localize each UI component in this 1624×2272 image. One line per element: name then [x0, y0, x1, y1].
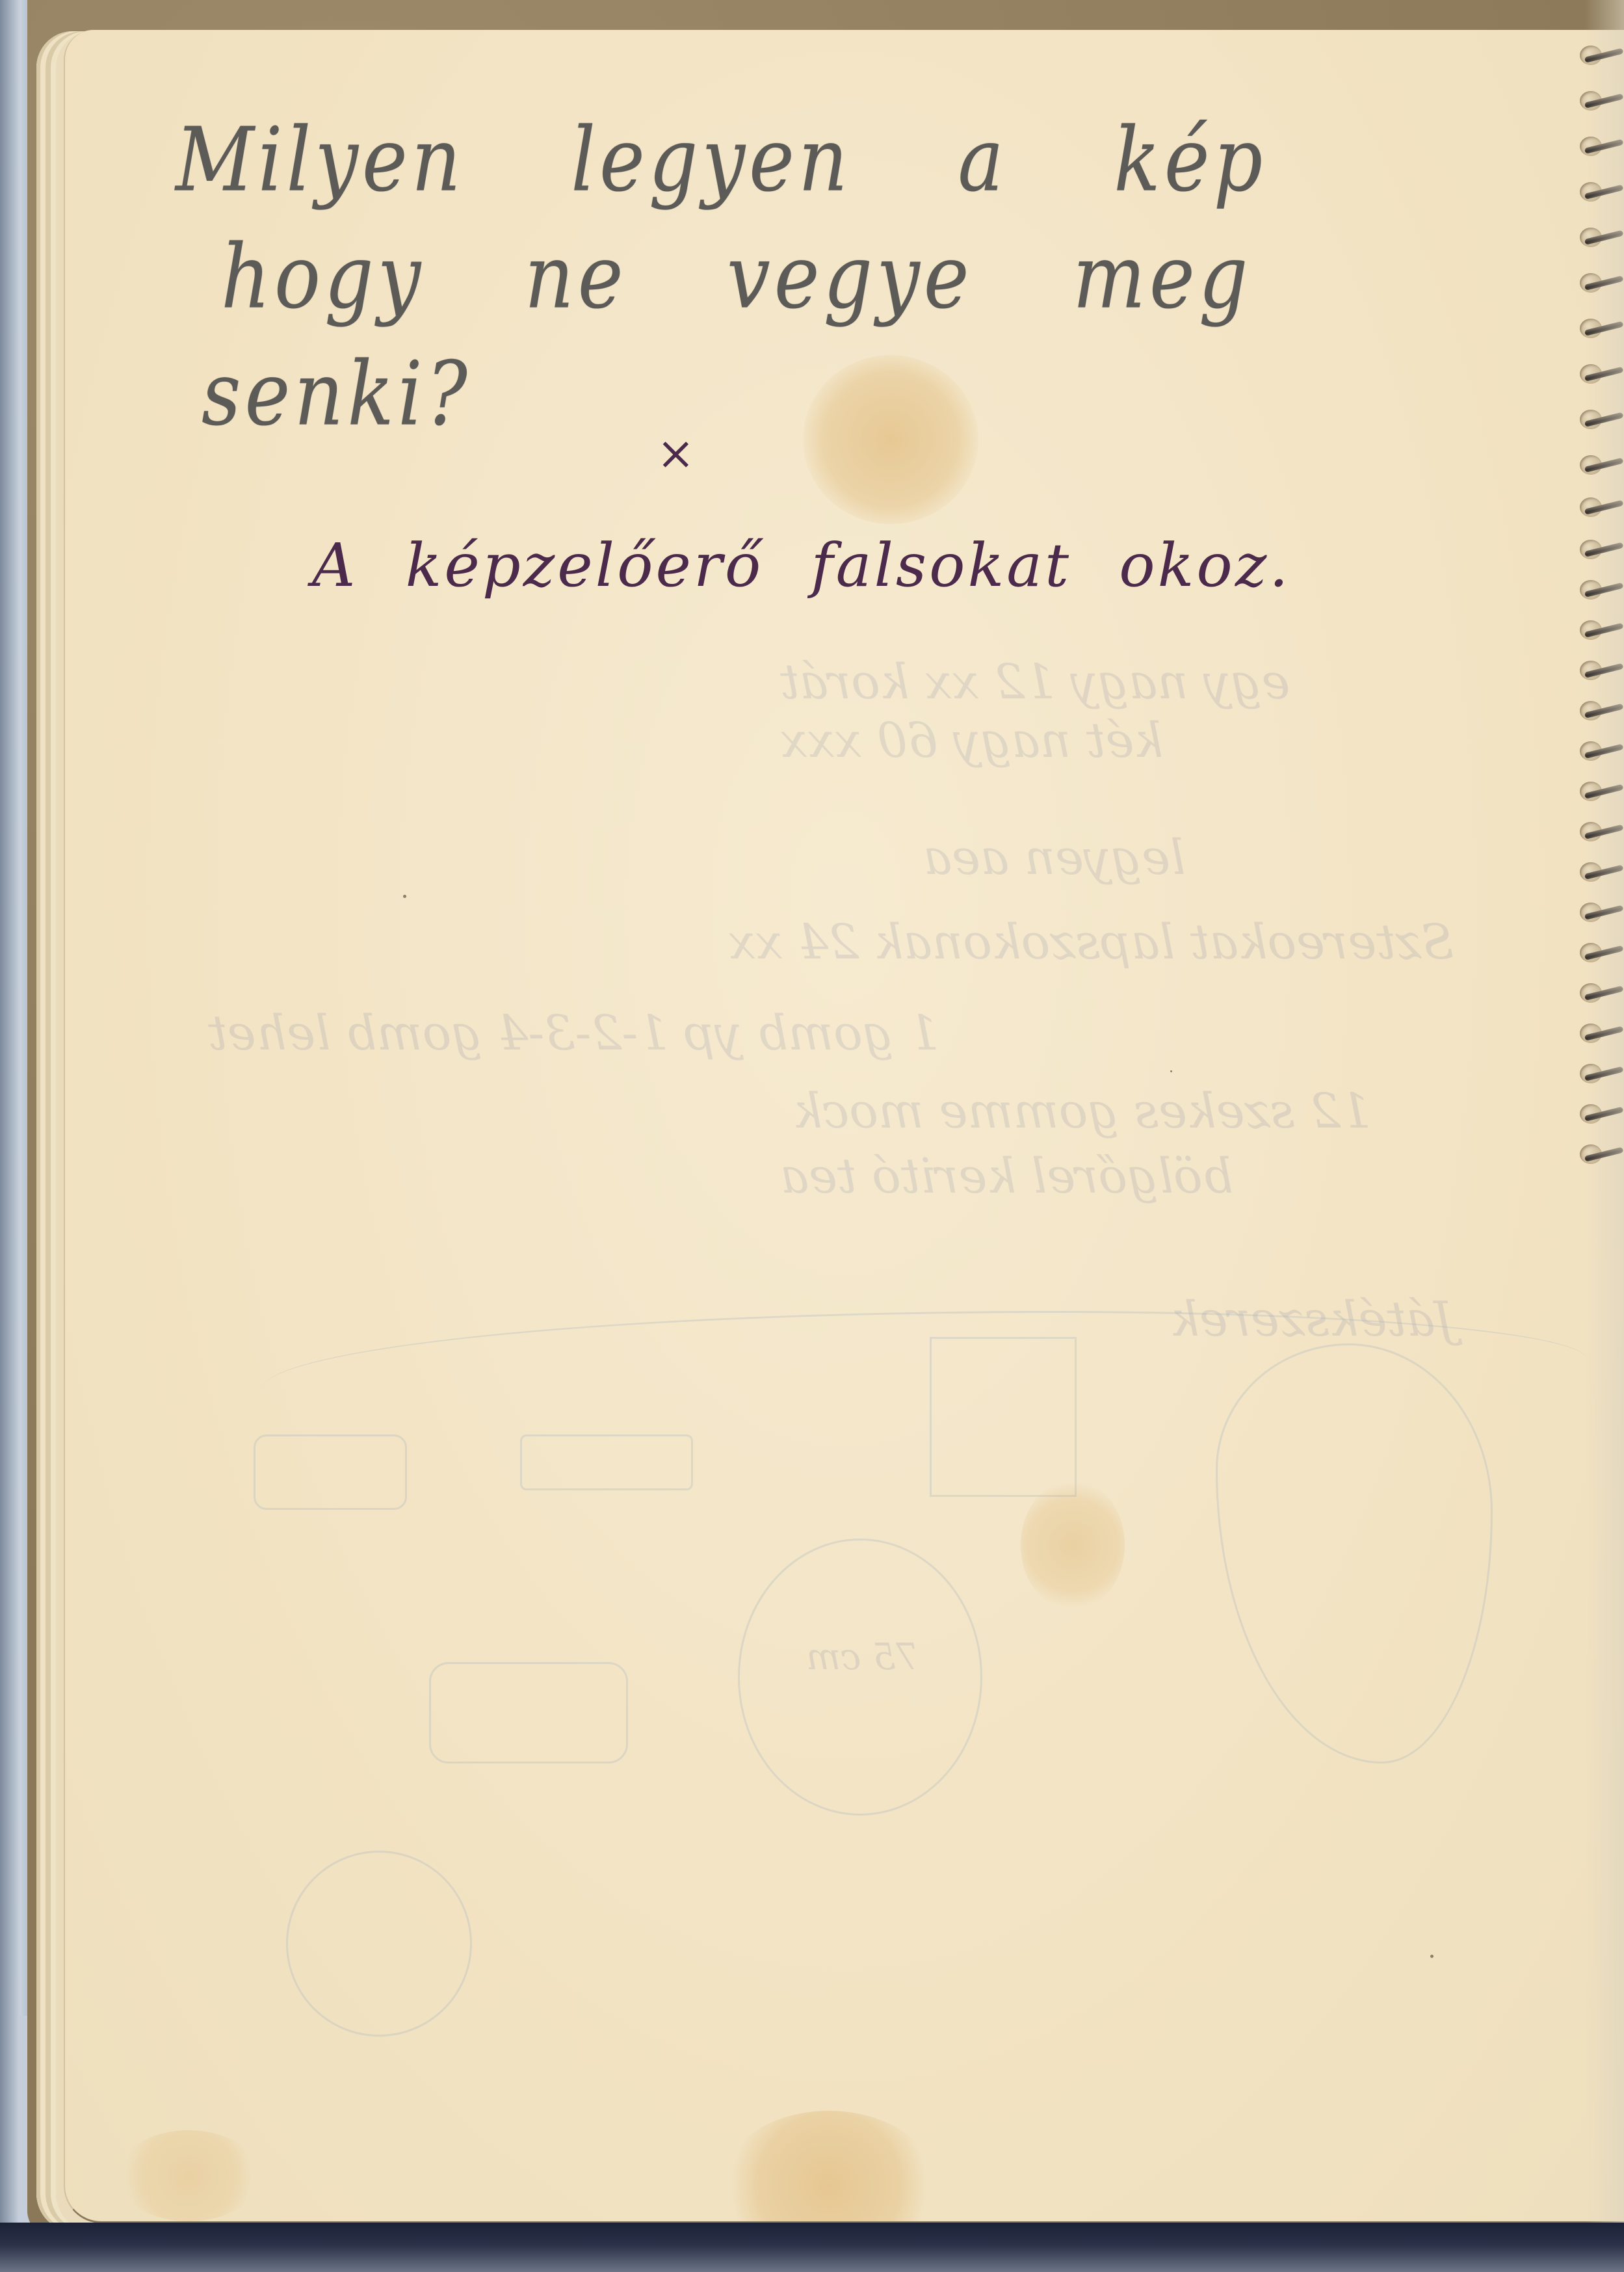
separator-x-mark: ×: [657, 427, 698, 480]
paper-speck: [403, 895, 406, 898]
pencil-note-line-1: Milyen legyen a kép: [176, 108, 1266, 211]
show-through-spool-sketch: [520, 1434, 693, 1490]
show-through-spool-sketch: [429, 1662, 628, 1763]
show-through-line: 12 szekes gomme mock: [793, 1083, 1371, 1139]
stain-bottom-left: [117, 2130, 260, 2221]
show-through-line: bölgőrel keritó tea: [780, 1148, 1233, 1204]
show-through-horizon-line: [260, 1311, 1586, 1391]
paper-speck: [1170, 1070, 1172, 1072]
right-edge-highlight: [1585, 0, 1624, 2272]
show-through-line: Sztereokat lapszokonak 24 xx: [728, 914, 1454, 970]
scanner-background-strip: [0, 0, 29, 2272]
show-through-line: egy nagy 12 xx korát: [780, 654, 1290, 710]
scanner-bottom-shadow: [0, 2223, 1624, 2272]
paper-speck: [1430, 1955, 1434, 1958]
show-through-blob-sketch: [1216, 1343, 1493, 1763]
stain-middle: [1021, 1480, 1125, 1610]
show-through-sketch-label: 75 cm: [806, 1636, 919, 1678]
show-through-line: két nagy 60 xxx: [780, 713, 1163, 769]
ink-note-line: A képzelőerő falsokat okoz.: [312, 531, 1291, 600]
show-through-spool-sketch: [254, 1434, 407, 1510]
show-through-line: legyen aea: [923, 830, 1186, 886]
show-through-line: 1 gomb yp 1-2-3-4 gomb lehet: [208, 1005, 939, 1061]
stain-bottom: [722, 2111, 936, 2223]
stain-top: [803, 355, 978, 524]
pencil-note-line-3: senki?: [202, 342, 471, 445]
notebook-page: egy nagy 12 xx korát két nagy 60 xxx leg…: [64, 30, 1624, 2223]
show-through-circle-sketch: [286, 1851, 472, 2037]
pencil-note-line-2: hogy ne vegye meg: [221, 225, 1251, 328]
